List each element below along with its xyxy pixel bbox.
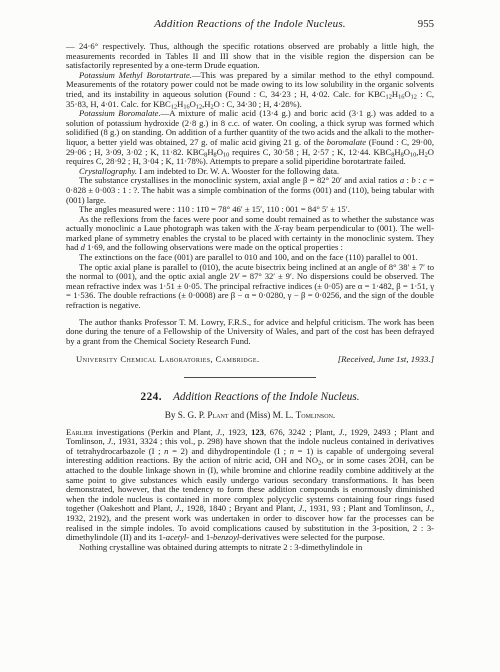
text-run: , 1928, 1840 ; Bryant and Plant, <box>182 503 299 513</box>
text-run: boromalate <box>327 137 366 147</box>
text-run: : <box>416 175 423 185</box>
boromalate-paragraph: Potassium Boromalate.—A mixture of malic… <box>66 109 434 167</box>
article-heading: 224.Addition Reactions of the Indole Nuc… <box>66 391 434 404</box>
received-date: [Received, June 1st, 1933.] <box>338 355 434 365</box>
text-run: O : C, 34·30 ; H, 4·28%). <box>214 99 302 109</box>
text-run: — 24·6° respectively. Thus, although the… <box>66 41 434 70</box>
monoclinic-paragraph: The substance crystallises in the monocl… <box>66 176 434 205</box>
text-run: The author thanks Professor T. M. Lowry,… <box>66 317 434 346</box>
text-run: . <box>333 410 335 420</box>
acknowledgment-paragraph: The author thanks Professor T. M. Lowry,… <box>66 318 434 347</box>
text-run: The substance crystallises in the monocl… <box>79 175 400 185</box>
text-run: requires C, 30·58 ; H, 2·57 ; K, 12·44. … <box>229 147 391 157</box>
text-run: , 1923, <box>222 427 251 437</box>
text-run: acetyl <box>166 532 187 542</box>
text-run: , 676, 3242 ; Plant, <box>264 427 339 437</box>
text-run: Potassium Boromalate. <box>79 108 161 118</box>
earlier-investigations-paragraph: Earlier investigations (Perkin and Plant… <box>66 428 434 543</box>
text-run: = 2) and dihydropentindole (I ; <box>168 446 289 456</box>
text-run: and (Miss) M. L. <box>229 410 296 420</box>
continuation-paragraph: — 24·6° respectively. Thus, although the… <box>66 42 434 71</box>
nitration-paragraph: Nothing crystalline was obtained during … <box>66 543 434 553</box>
running-title: Addition Reactions of the Indole Nucleus… <box>154 18 346 30</box>
section-divider <box>184 377 316 378</box>
text-run: By S. G. P. <box>165 410 208 420</box>
text-run: , 1931, 93 ; Plant and Tomlinson, <box>304 503 425 513</box>
article-number: 224. <box>140 391 162 403</box>
signature-line: University Chemical Laboratories, Cambri… <box>66 355 434 365</box>
text-run: Crystallography. <box>79 166 137 176</box>
text-run: The angles measured were : 110 : 11̄0 = … <box>79 204 350 214</box>
text-run: Earlier <box>66 427 93 437</box>
text-run: benzoyl <box>213 532 239 542</box>
text-run: Tomlinson <box>296 410 333 420</box>
text-run: ,H <box>416 147 424 157</box>
text-run: 1·69, and the following observations wer… <box>85 242 343 252</box>
laue-paragraph: As the reflexions from the faces were po… <box>66 215 434 253</box>
methyl-borotartrate-paragraph: Potassium Methyl Borotartrate.—This was … <box>66 71 434 109</box>
signature-institution: University Chemical Laboratories, Cambri… <box>66 355 260 365</box>
text-run: -derivatives were selected for the purpo… <box>239 532 385 542</box>
page-number: 955 <box>418 20 434 30</box>
text-run: investigations (Perkin and Plant, <box>93 427 216 437</box>
text-run: - and 1- <box>186 532 213 542</box>
text-run: Plant <box>207 410 228 420</box>
optic-paragraph: The optic axial plane is parallel to (01… <box>66 263 434 311</box>
text-run: I am indebted to Dr. W. A. Wooster for t… <box>137 166 339 176</box>
journal-page: Addition Reactions of the Indole Nucleus… <box>0 0 500 672</box>
text-run: 123 <box>251 427 264 437</box>
text-run: Potassium Methyl Borotartrate. <box>79 70 192 80</box>
body-blocks: — 24·6° respectively. Thus, although the… <box>66 42 434 552</box>
article-title: Addition Reactions of the Indole Nucleus… <box>173 391 359 403</box>
byline: By S. G. P. Plant and (Miss) M. L. Tomli… <box>66 411 434 421</box>
text-run: The extinctions on the face (001) are pa… <box>79 252 418 262</box>
text-run: Nothing crystalline was obtained during … <box>79 542 362 552</box>
running-header: Addition Reactions of the Indole Nucleus… <box>66 20 434 32</box>
